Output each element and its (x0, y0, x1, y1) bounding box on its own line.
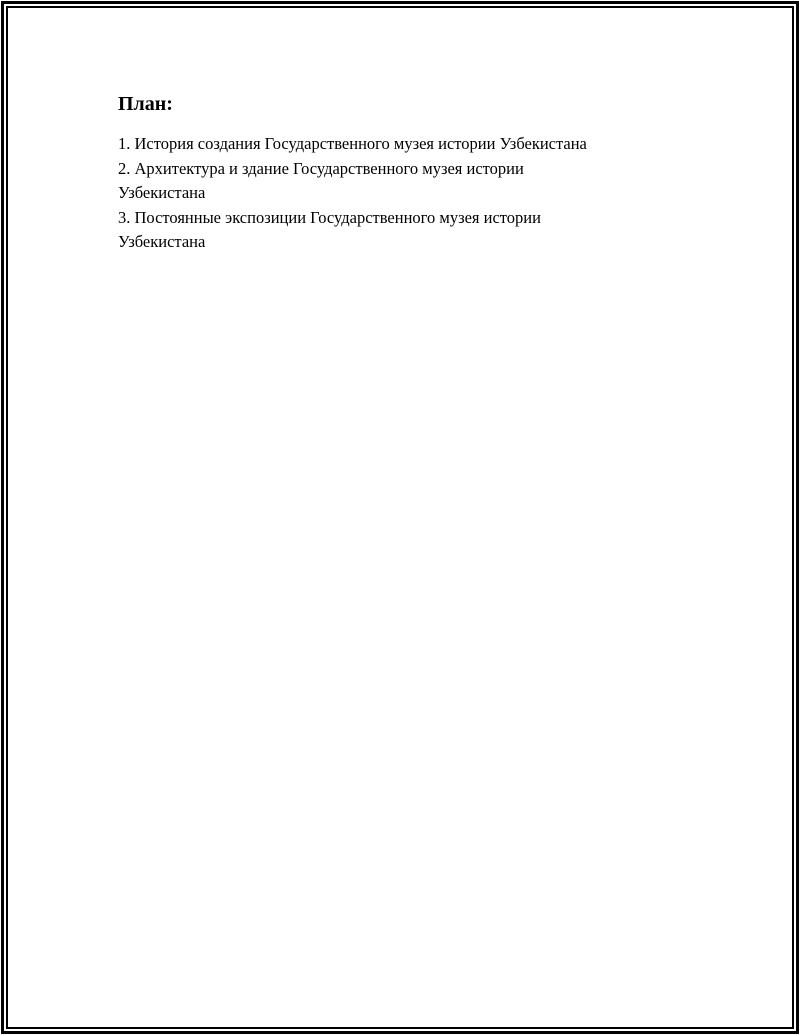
plan-item: 2. Архитектура и здание Государственного… (118, 157, 598, 206)
document-content: План: 1. История создания Государственно… (118, 92, 598, 255)
plan-title: План: (118, 92, 598, 116)
plan-item: 1. История создания Государственного муз… (118, 132, 598, 157)
plan-item: 3. Постоянные экспозиции Государственног… (118, 206, 598, 255)
plan-list: 1. История создания Государственного муз… (118, 132, 598, 255)
